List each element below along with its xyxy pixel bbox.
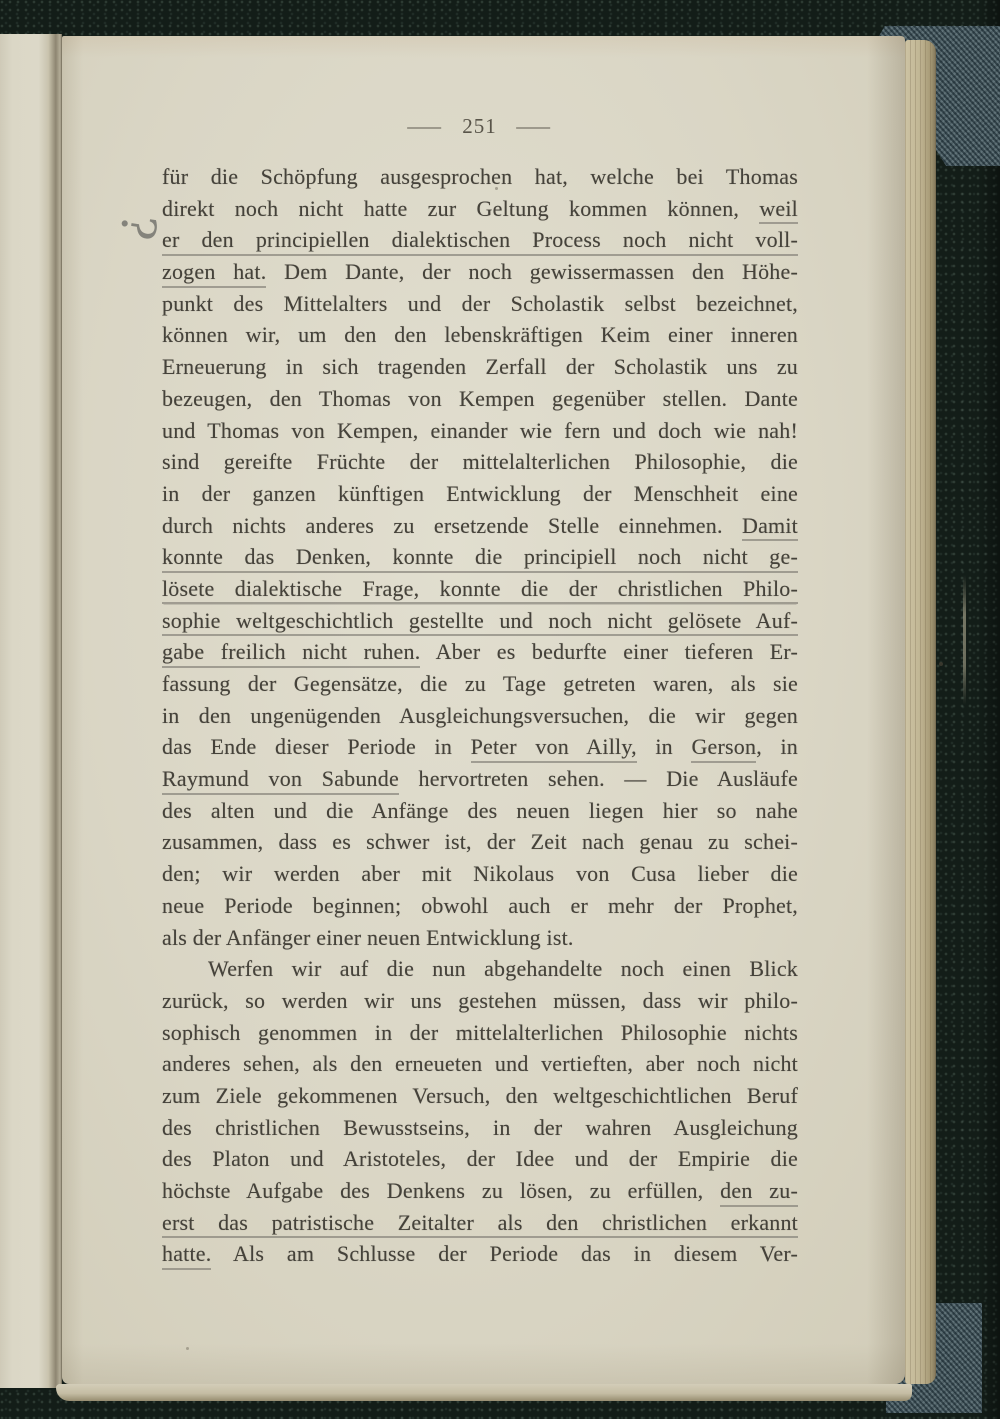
text-line: durch nichts anderes zu ersetzende Stell… xyxy=(162,510,798,542)
text-segment: punkt des Mittelalters und der Scholasti… xyxy=(162,291,798,316)
text-segment: Aber es bedurfte einer tieferen Er- xyxy=(420,639,798,664)
page-edge-stack-bottom xyxy=(56,1384,912,1401)
pencil-underlined-text: Gerson xyxy=(691,734,756,763)
pencil-underlined-text: konnte das Denken, konnte die principiel… xyxy=(162,544,798,573)
text-line: zogen hat. Dem Dante, der noch gewisserm… xyxy=(162,256,798,288)
text-line: konnte das Denken, konnte die principiel… xyxy=(162,541,798,573)
text-segment: können wir, um den den lebenskräftigen K… xyxy=(162,322,798,347)
text-line: in den ungenügenden Ausgleichungsversuch… xyxy=(162,700,798,732)
text-segment: neue Periode beginnen; obwohl auch er me… xyxy=(162,893,798,918)
text-line: zusammen, dass es schwer ist, der Zeit n… xyxy=(162,826,798,858)
pencil-underlined-text: Peter von Ailly, xyxy=(471,734,637,763)
text-line: gabe freilich nicht ruhen. Aber es bedur… xyxy=(162,636,798,668)
text-line: hatte. Als am Schlusse der Periode das i… xyxy=(162,1238,798,1270)
text-line: direkt noch nicht hatte zur Geltung komm… xyxy=(162,193,798,225)
text-line: zurück, so werden wir uns gestehen müsse… xyxy=(162,985,798,1017)
text-line: das Ende dieser Periode in Peter von Ail… xyxy=(162,731,798,763)
pencil-underlined-text: Damit xyxy=(742,513,798,542)
running-head: —251— xyxy=(162,114,797,139)
header-dash-left: — xyxy=(408,114,443,139)
pencil-question-mark: ? xyxy=(97,196,168,255)
pencil-underlined-text: Raymund von Sabunde xyxy=(162,766,399,795)
page-number: 251 xyxy=(462,114,497,138)
text-segment: in der ganzen künftigen Entwicklung der … xyxy=(162,481,798,506)
text-line: neue Periode beginnen; obwohl auch er me… xyxy=(162,890,798,922)
text-line: sophie weltgeschichtlich gestellte und n… xyxy=(162,605,798,637)
text-line: des Platon und Aristoteles, der Idee und… xyxy=(162,1143,798,1175)
text-segment: den; wir werden aber mit Nikolaus von Cu… xyxy=(162,861,798,886)
pencil-underlined-text: lösete dialektische Frage, konnte die de… xyxy=(162,576,798,605)
text-segment: zum Ziele gekommenen Versuch, den weltge… xyxy=(162,1083,798,1108)
pencil-underlined-text: sophie weltgeschichtlich gestellte und n… xyxy=(162,608,798,637)
text-line: des alten und die Anfänge des neuen lieg… xyxy=(162,795,798,827)
text-line: punkt des Mittelalters und der Scholasti… xyxy=(162,288,798,320)
text-segment: und Thomas von Kempen, einander wie fern… xyxy=(162,418,798,443)
header-dash-right: — xyxy=(516,114,551,139)
text-line: des christlichen Bewusstseins, in der wa… xyxy=(162,1112,798,1144)
paper-speck xyxy=(939,662,943,666)
text-line: Werfen wir auf die nun abgehandelte noch… xyxy=(162,953,798,985)
text-line: bezeugen, den Thomas von Kempen gegenübe… xyxy=(162,383,798,415)
book-page: —251— ? für die Schöpfung ausgesprochen … xyxy=(62,36,905,1384)
cover-scratch-mark xyxy=(963,575,966,705)
text-line: sind gereifte Früchte der mittelalterlic… xyxy=(162,446,798,478)
text-segment: sophisch genommen in der mittelalterlich… xyxy=(162,1020,798,1045)
pencil-underlined-text: hatte. xyxy=(162,1241,211,1270)
text-segment: fassung der Gegensätze, die zu Tage getr… xyxy=(162,671,798,696)
pencil-underlined-text: zogen hat. xyxy=(162,259,266,288)
text-segment: bezeugen, den Thomas von Kempen gegenübe… xyxy=(162,386,798,411)
text-segment: direkt noch nicht hatte zur Geltung komm… xyxy=(162,196,759,221)
page-edge-stack-right xyxy=(905,40,936,1384)
text-segment: anderes sehen, als den erneueten und ver… xyxy=(162,1051,798,1076)
text-line: lösete dialektische Frage, konnte die de… xyxy=(162,573,798,605)
text-segment: höchste Aufgabe des Denkens zu lösen, zu… xyxy=(162,1178,720,1203)
text-segment: , in xyxy=(756,734,798,759)
text-line: fassung der Gegensätze, die zu Tage getr… xyxy=(162,668,798,700)
text-segment: durch nichts anderes zu ersetzende Stell… xyxy=(162,513,742,538)
text-segment: zusammen, dass es schwer ist, der Zeit n… xyxy=(162,829,798,854)
text-line: für die Schöpfung ausgesprochen hat, wel… xyxy=(162,161,798,193)
text-line: zum Ziele gekommenen Versuch, den weltge… xyxy=(162,1080,798,1112)
text-segment: als der Anfänger einer neuen Entwicklung… xyxy=(162,925,574,950)
text-line: sophisch genommen in der mittelalterlich… xyxy=(162,1017,798,1049)
text-segment: hervortreten sehen. — Die Ausläufe xyxy=(399,766,798,791)
text-line: erst das patristische Zeitalter als den … xyxy=(162,1207,798,1239)
pencil-underlined-text: den zu- xyxy=(720,1178,798,1207)
text-line: er den principiellen dialektischen Proce… xyxy=(162,224,798,256)
paper-speck xyxy=(186,1347,189,1350)
text-segment: für die Schöpfung ausgesprochen hat, wel… xyxy=(162,164,798,189)
text-line: Raymund von Sabunde hervortreten sehen. … xyxy=(162,763,798,795)
text-line: anderes sehen, als den erneueten und ver… xyxy=(162,1048,798,1080)
pencil-underlined-text: weil xyxy=(759,196,798,225)
text-segment: in xyxy=(637,734,692,759)
text-segment: des alten und die Anfänge des neuen lieg… xyxy=(162,798,798,823)
text-line: können wir, um den den lebenskräftigen K… xyxy=(162,319,798,351)
pencil-underlined-text: er den principiellen dialektischen Proce… xyxy=(162,227,798,256)
paper-speck xyxy=(495,187,498,190)
text-segment: zurück, so werden wir uns gestehen müsse… xyxy=(162,988,798,1013)
text-segment: das Ende dieser Periode in xyxy=(162,734,471,759)
text-segment: Als am Schlusse der Periode das in diese… xyxy=(211,1241,798,1266)
text-line: den; wir werden aber mit Nikolaus von Cu… xyxy=(162,858,798,890)
text-segment: in den ungenügenden Ausgleichungsversuch… xyxy=(162,703,798,728)
text-segment: des Platon und Aristoteles, der Idee und… xyxy=(162,1146,798,1171)
pencil-underlined-text: erst das patristische Zeitalter als den … xyxy=(162,1210,798,1239)
book-photo: —251— ? für die Schöpfung ausgesprochen … xyxy=(0,0,1000,1419)
text-line: als der Anfänger einer neuen Entwicklung… xyxy=(162,922,798,954)
text-segment: Werfen wir auf die nun abgehandelte noch… xyxy=(208,956,798,981)
text-segment: Dem Dante, der noch gewissermassen den H… xyxy=(266,259,798,284)
text-segment: Erneuerung in sich tragenden Zerfall der… xyxy=(162,354,798,379)
text-block: für die Schöpfung ausgesprochen hat, wel… xyxy=(162,161,798,1270)
text-segment: des christlichen Bewusstseins, in der wa… xyxy=(162,1115,798,1140)
text-line: und Thomas von Kempen, einander wie fern… xyxy=(162,415,798,447)
text-segment: sind gereifte Früchte der mittelalterlic… xyxy=(162,449,798,474)
text-line: Erneuerung in sich tragenden Zerfall der… xyxy=(162,351,798,383)
text-line: in der ganzen künftigen Entwicklung der … xyxy=(162,478,798,510)
photo-edge-shadow xyxy=(978,0,1000,1419)
pencil-underlined-text: gabe freilich nicht ruhen. xyxy=(162,639,420,668)
left-page-gutter xyxy=(0,34,62,1388)
text-line: höchste Aufgabe des Denkens zu lösen, zu… xyxy=(162,1175,798,1207)
